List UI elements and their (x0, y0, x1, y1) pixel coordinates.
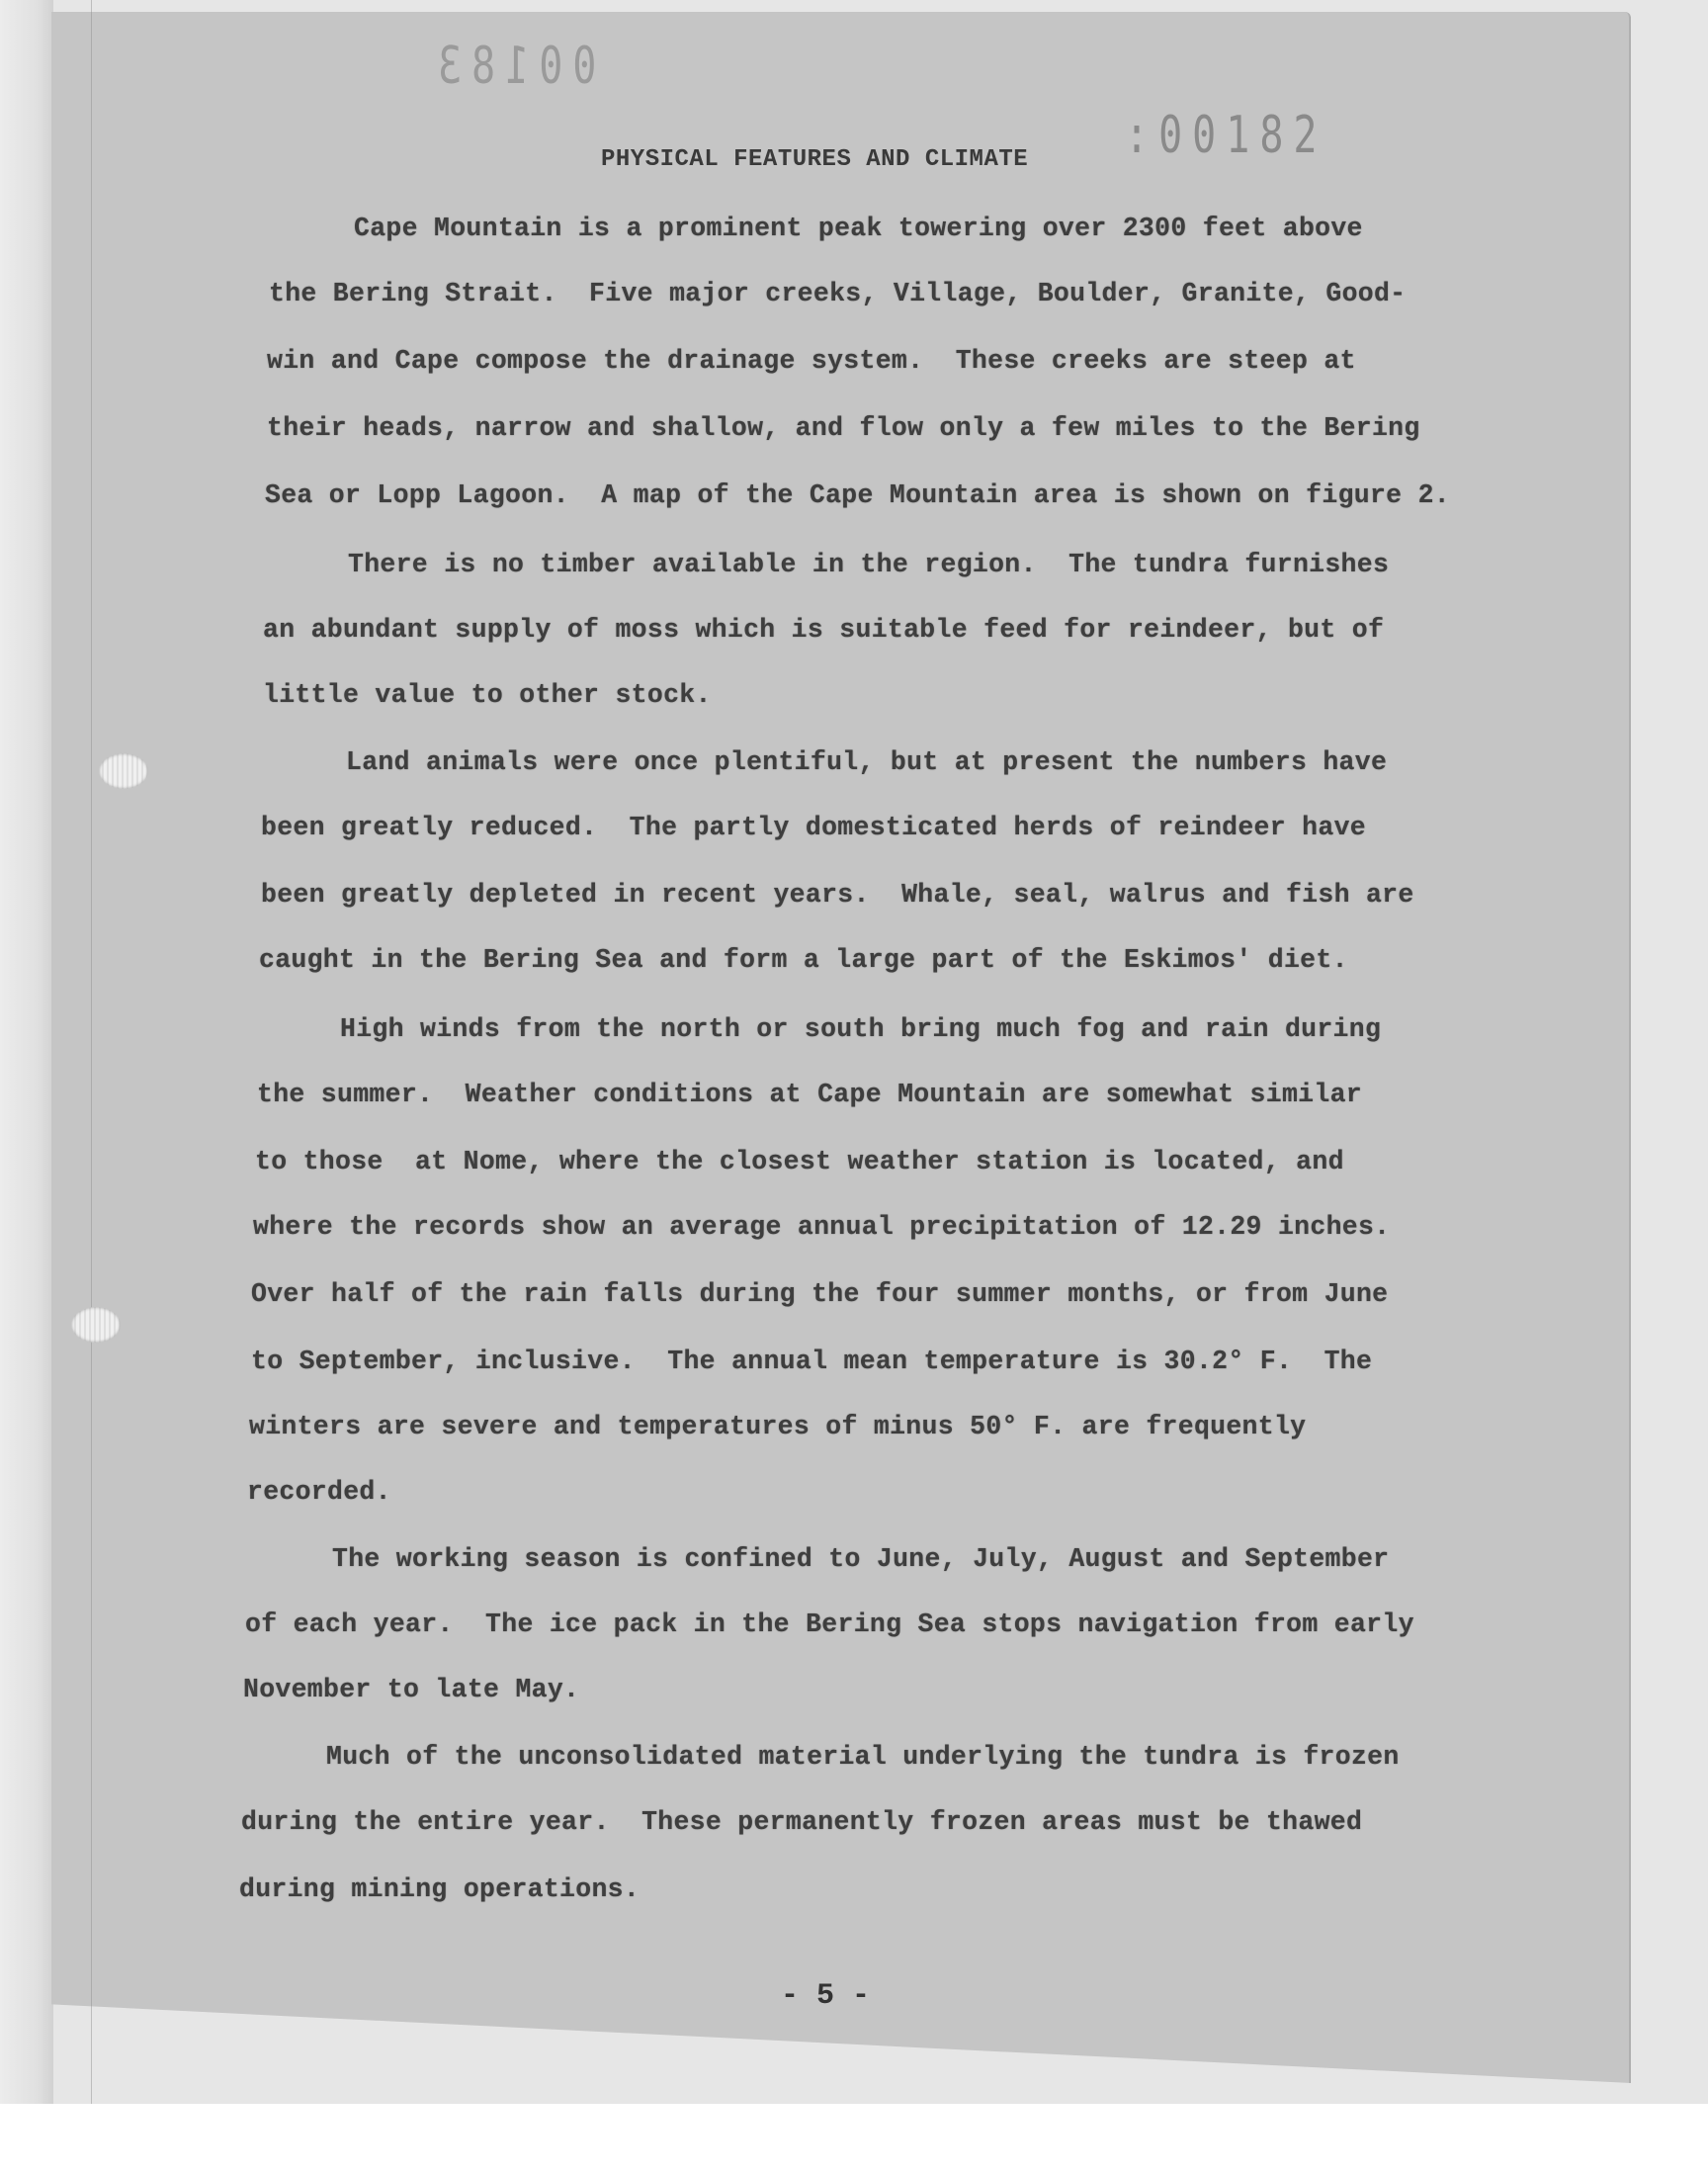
paragraph-4-line: Over half of the rain falls during the f… (251, 1279, 1388, 1309)
paragraph-6-line: during the entire year. These permanentl… (241, 1807, 1362, 1837)
paragraph-1-line: win and Cape compose the drainage system… (267, 346, 1356, 376)
paragraph-6-line: during mining operations. (239, 1874, 640, 1904)
paragraph-3-line: Land animals were once plentiful, but at… (346, 747, 1387, 777)
binding-crease (91, 0, 92, 2104)
paragraph-4-line: High winds from the north or south bring… (340, 1014, 1381, 1044)
paragraph-4-line: where the records show an average annual… (253, 1212, 1390, 1242)
paragraph-1-line: their heads, narrow and shallow, and flo… (267, 413, 1420, 443)
paragraph-1-line: Sea or Lopp Lagoon. A map of the Cape Mo… (265, 480, 1450, 510)
paragraph-4-line: the summer. Weather conditions at Cape M… (257, 1080, 1362, 1109)
paragraph-4-line: winters are severe and temperatures of m… (249, 1412, 1306, 1441)
paragraph-3-line: been greatly reduced. The partly domesti… (261, 813, 1366, 842)
paragraph-3-line: caught in the Bering Sea and form a larg… (259, 945, 1348, 975)
paragraph-1-line: the Bering Strait. Five major creeks, Vi… (269, 279, 1406, 308)
paragraph-6-line: Much of the unconsolidated material unde… (326, 1742, 1400, 1772)
punch-hole-icon (99, 753, 148, 789)
page-number: - 5 - (781, 1979, 870, 2013)
page-title: PHYSICAL FEATURES AND CLIMATE (601, 146, 1028, 173)
paragraph-2-line: There is no timber available in the regi… (348, 550, 1389, 579)
document-number-stamp: :00182 (1125, 106, 1327, 165)
paragraph-5-line: of each year. The ice pack in the Bering… (245, 1609, 1414, 1639)
document-page (51, 12, 1631, 2083)
paragraph-4-line: recorded. (247, 1477, 391, 1507)
paragraph-2-line: little value to other stock. (263, 680, 712, 710)
paragraph-5-line: November to late May. (243, 1675, 579, 1704)
paragraph-4-line: to those at Nome, where the closest weat… (255, 1147, 1344, 1176)
scanner-edge-strip (0, 0, 53, 2104)
paragraph-2-line: an abundant supply of moss which is suit… (263, 615, 1384, 645)
paragraph-4-line: to September, inclusive. The annual mean… (251, 1347, 1372, 1376)
paragraph-3-line: been greatly depleted in recent years. W… (261, 880, 1414, 910)
paragraph-1-line: Cape Mountain is a prominent peak toweri… (354, 214, 1363, 243)
punch-hole-icon (71, 1307, 121, 1343)
bleed-through-stamp: 00183 (428, 37, 596, 96)
paragraph-5-line: The working season is confined to June, … (332, 1544, 1389, 1574)
